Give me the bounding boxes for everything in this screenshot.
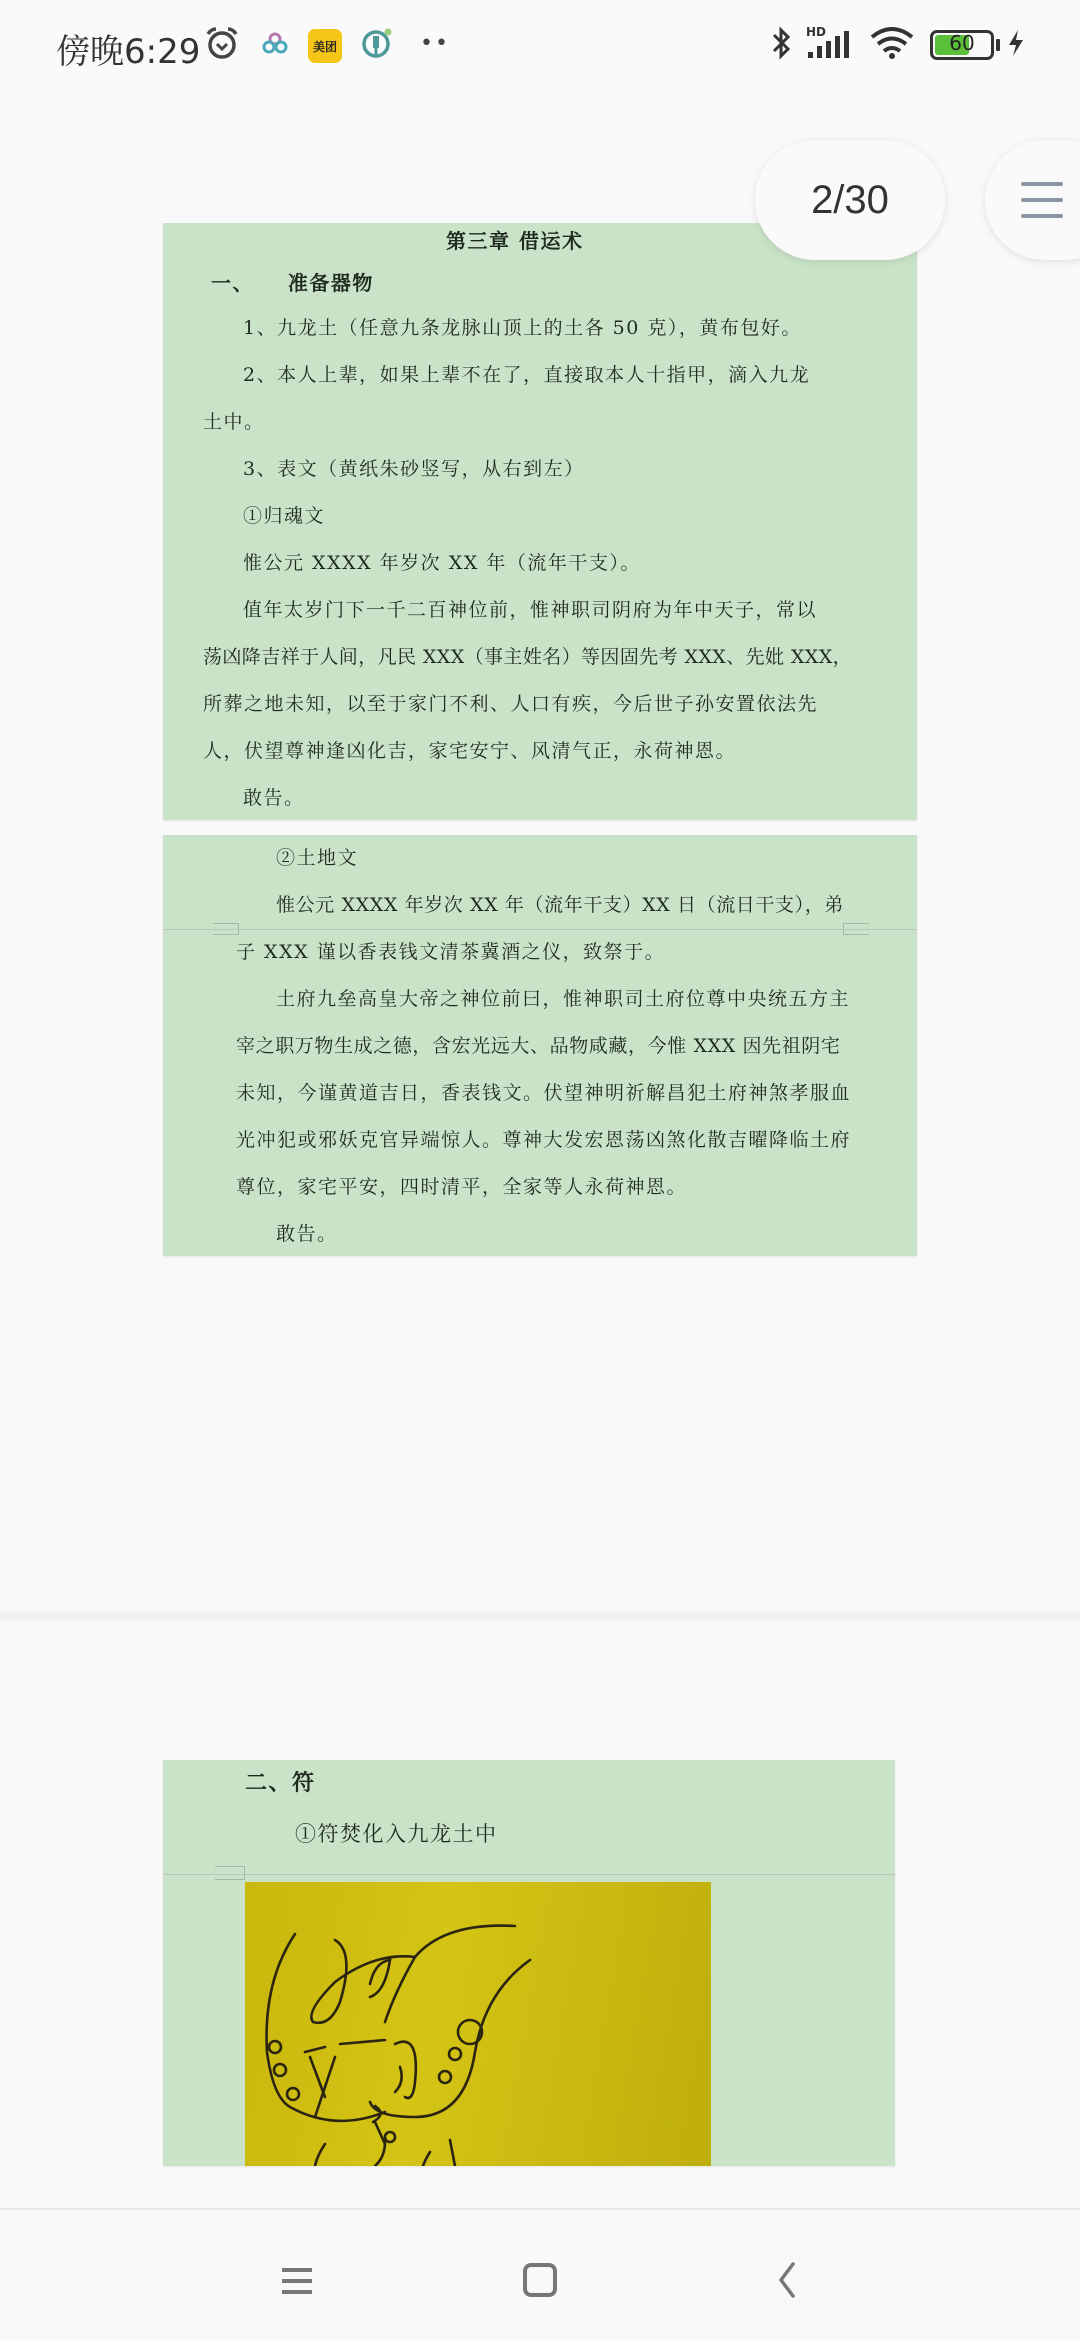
doc-line: 惟公元 XXXX 年岁次 XX 年（流年干支）。 — [243, 548, 641, 575]
page-indicator[interactable]: 2/30 — [755, 140, 945, 260]
battery-nub — [996, 39, 1000, 51]
page-separator — [0, 1610, 1080, 1622]
doc-line: 3、表文（黄纸朱砂竖写，从右到左） — [243, 454, 585, 481]
doc-line: 值年太岁门下一千二百神位前，惟神职司阴府为年中天子，常以 — [243, 595, 817, 622]
page-image-block-2: ②土地文 惟公元 XXXX 年岁次 XX 年（流年干支）XX 日（流日干支），弟… — [163, 835, 917, 1256]
home-icon — [522, 2262, 558, 2298]
doc-line: 惟公元 XXXX 年岁次 XX 年（流年干支）XX 日（流日干支），弟 — [276, 890, 844, 917]
plug-app-icon — [360, 24, 394, 62]
doc-line: 宰之职万物生成之德，含宏光远大、品物咸藏，今惟 XXX 因先祖阴宅 — [236, 1031, 840, 1058]
hd-signal-icon: HD — [806, 24, 856, 62]
doc-line: 土中。 — [203, 407, 265, 434]
doc-line: 2、本人上辈，如果上辈不在了，直接取本人十指甲，滴入九龙 — [243, 360, 810, 387]
page-image-block-1: 第三章 借运术 一、 准备器物 1、九龙土（任意九条龙脉山顶上的土各 50 克）… — [163, 223, 917, 820]
alarm-icon — [204, 24, 240, 62]
doc-subheading: ①符焚化入九龙土中 — [295, 1818, 498, 1848]
doc-line: 尊位，家宅平安，四时清平，全家等人永荷神恩。 — [236, 1172, 687, 1199]
status-bar: 傍晚6:29 美团 •• HD — [0, 0, 1080, 78]
doc-line: 光冲犯或邪妖克官异端惊人。尊神大发宏恩荡凶煞化散吉曜降临土府 — [236, 1125, 851, 1152]
recent-apps-icon — [280, 2263, 314, 2297]
back-icon — [775, 2260, 799, 2300]
doc-line: 未知，今谨黄道吉日，香表钱文。伏望神明祈解昌犯土府神煞孝服血 — [236, 1078, 851, 1105]
meituan-label: 美团 — [313, 38, 337, 55]
section-heading: 二、符 — [245, 1766, 316, 1797]
doc-line: 敢告。 — [276, 1219, 338, 1246]
doc-line: 人，伏望尊神逢凶化吉，家宅安宁、风清气正，永荷神恩。 — [203, 736, 736, 763]
doc-line: 所葬之地未知，以至于家门不利、人口有疾，今后世子孙安置依法先 — [203, 689, 818, 716]
status-time: 傍晚6:29 — [56, 24, 200, 73]
hamburger-menu-icon — [1021, 182, 1063, 186]
home-button[interactable] — [510, 2250, 570, 2310]
doc-subheading: ②土地文 — [276, 843, 358, 870]
doc-line: 荡凶降吉祥于人间，凡民 XXX（事主姓名）等因固先考 XXX、先妣 XXX， — [203, 642, 852, 669]
hamburger-menu-icon — [1021, 214, 1063, 218]
meituan-app-icon: 美团 — [308, 29, 342, 63]
battery-icon: 60 — [930, 30, 994, 60]
navigation-bar — [0, 2208, 1080, 2340]
menu-button[interactable] — [985, 140, 1080, 260]
back-button[interactable] — [757, 2250, 817, 2310]
talisman-image — [245, 1882, 711, 2166]
chapter-title: 第三章 借运术 — [446, 225, 583, 254]
page-margin-line — [163, 1874, 895, 1875]
bluetooth-icon — [768, 24, 794, 62]
talisman-drawing — [245, 1882, 711, 2166]
page-image-block-3: 二、符 ①符焚化入九龙土中 — [163, 1760, 895, 2166]
hamburger-menu-icon — [1021, 198, 1063, 202]
doc-line: 子 XXX 谨以香表钱文清茶冀酒之仪，致祭于。 — [236, 937, 665, 964]
page-margin-line — [163, 929, 917, 930]
battery-level: 60 — [933, 31, 991, 55]
svg-text:HD: HD — [806, 25, 826, 39]
more-dots-icon: •• — [420, 24, 450, 62]
app-cluster-icon — [262, 24, 288, 62]
margin-mark-left — [215, 1866, 245, 1880]
doc-line: 1、九龙土（任意九条龙脉山顶上的土各 50 克），黄布包好。 — [243, 313, 802, 340]
recent-apps-button[interactable] — [267, 2250, 327, 2310]
document-viewer[interactable]: 第三章 借运术 一、 准备器物 1、九龙土（任意九条龙脉山顶上的土各 50 克）… — [0, 78, 1080, 2198]
wifi-icon — [868, 24, 916, 62]
doc-subheading: ①归魂文 — [243, 501, 325, 528]
doc-line: 土府九垒高皇大帝之神位前曰，惟神职司土府位尊中央统五方主 — [276, 984, 850, 1011]
section-heading: 一、 准备器物 — [211, 267, 374, 296]
charging-icon — [1006, 24, 1026, 62]
doc-line: 敢告。 — [243, 783, 305, 810]
